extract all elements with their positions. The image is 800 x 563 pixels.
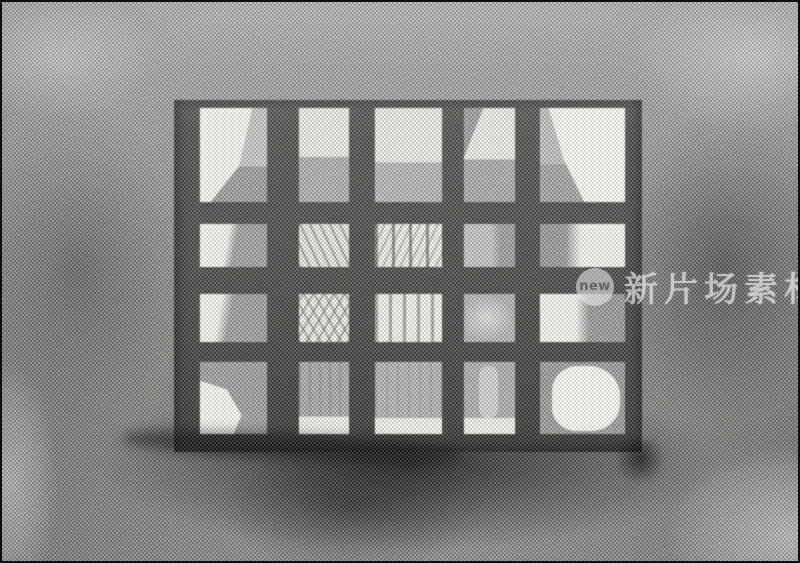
window-pane-r4c1 [200, 362, 267, 434]
antique-photo: new 新片场素材 新 [0, 0, 800, 563]
window-pane-r1c3 [375, 108, 442, 202]
window-pane-r3c4 [464, 294, 515, 342]
window-pane-r2c2-diagonal-lattice [299, 224, 349, 267]
window-pane-r4c4 [464, 362, 515, 434]
window-pane-r3c2-diamond-lattice [299, 294, 349, 342]
window-pane-r4c2 [299, 362, 349, 434]
window-pane-r1c5 [540, 108, 625, 202]
window-pane-r3c1 [200, 294, 267, 342]
window-pane-r3c5 [540, 294, 625, 342]
sill-shadow-mark [614, 440, 666, 486]
window-pane-r2c3-leaded-glass [375, 224, 442, 267]
window-pane-r1c4 [464, 108, 515, 202]
window-pane-r2c1 [200, 224, 267, 267]
window-grate [174, 100, 642, 452]
window-pane-r1c1 [200, 108, 267, 202]
window-pane-r2c5 [540, 224, 625, 267]
window-pane-r3c3-vertical-panes [375, 294, 442, 342]
window-pane-r4c3 [375, 362, 442, 434]
window-pane-r2c4 [464, 224, 515, 267]
window-pane-r4c5 [540, 362, 625, 434]
window-pane-r1c2 [299, 108, 349, 202]
